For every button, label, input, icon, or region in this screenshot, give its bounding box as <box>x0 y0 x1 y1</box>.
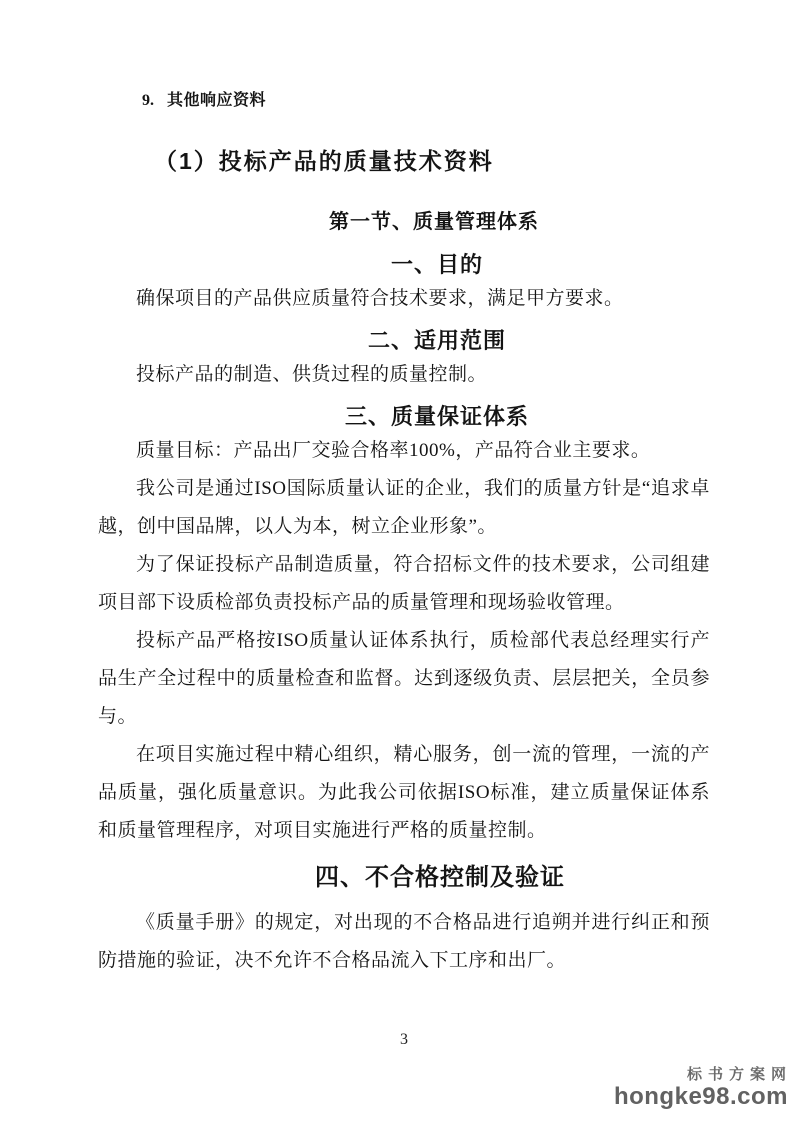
section-heading: 一、目的 <box>98 250 710 280</box>
body-paragraph: 投标产品严格按ISO质量认证体系执行，质检部代表总经理实行产品生产全过程中的质量… <box>98 622 710 736</box>
body-paragraph: 为了保证投标产品制造质量，符合招标文件的技术要求，公司组建项目部下设质检部负责投… <box>98 546 710 622</box>
numbered-list-heading: 9.其他响应资料 <box>98 90 710 112</box>
body-paragraph: 质量目标：产品出厂交验合格率100%，产品符合业主要求。 <box>98 432 710 470</box>
list-heading-text: 其他响应资料 <box>167 92 266 109</box>
document-page: 9.其他响应资料 （1）投标产品的质量技术资料 第一节、质量管理体系 一、目的 … <box>0 0 793 1122</box>
document-content: 9.其他响应资料 （1）投标产品的质量技术资料 第一节、质量管理体系 一、目的 … <box>98 90 710 980</box>
page-number: 3 <box>98 1030 710 1050</box>
section-heading: 四、不合格控制及验证 <box>98 862 710 894</box>
watermark-site-url: hongke98.com <box>614 1084 788 1109</box>
body-paragraph: 我公司是通过ISO国际质量认证的企业，我们的质量方针是“追求卓越，创中国品牌，以… <box>98 470 710 546</box>
list-number: 9. <box>142 92 154 109</box>
watermark: 标书方案网 hongke98.com <box>614 1066 788 1109</box>
body-paragraph: 在项目实施过程中精心组织，精心服务，创一流的管理，一流的产品质量，强化质量意识。… <box>98 736 710 850</box>
watermark-site-name: 标书方案网 <box>614 1066 792 1084</box>
section-heading: 第一节、质量管理体系 <box>98 208 710 236</box>
body-paragraph: 投标产品的制造、供货过程的质量控制。 <box>98 356 710 394</box>
section-heading: 二、适用范围 <box>98 326 710 356</box>
main-heading: （1）投标产品的质量技术资料 <box>98 146 710 176</box>
section-heading: 三、质量保证体系 <box>98 402 710 432</box>
body-paragraph: 《质量手册》的规定，对出现的不合格品进行追朔并进行纠正和预防措施的验证，决不允许… <box>98 904 710 980</box>
body-paragraph: 确保项目的产品供应质量符合技术要求，满足甲方要求。 <box>98 280 710 318</box>
